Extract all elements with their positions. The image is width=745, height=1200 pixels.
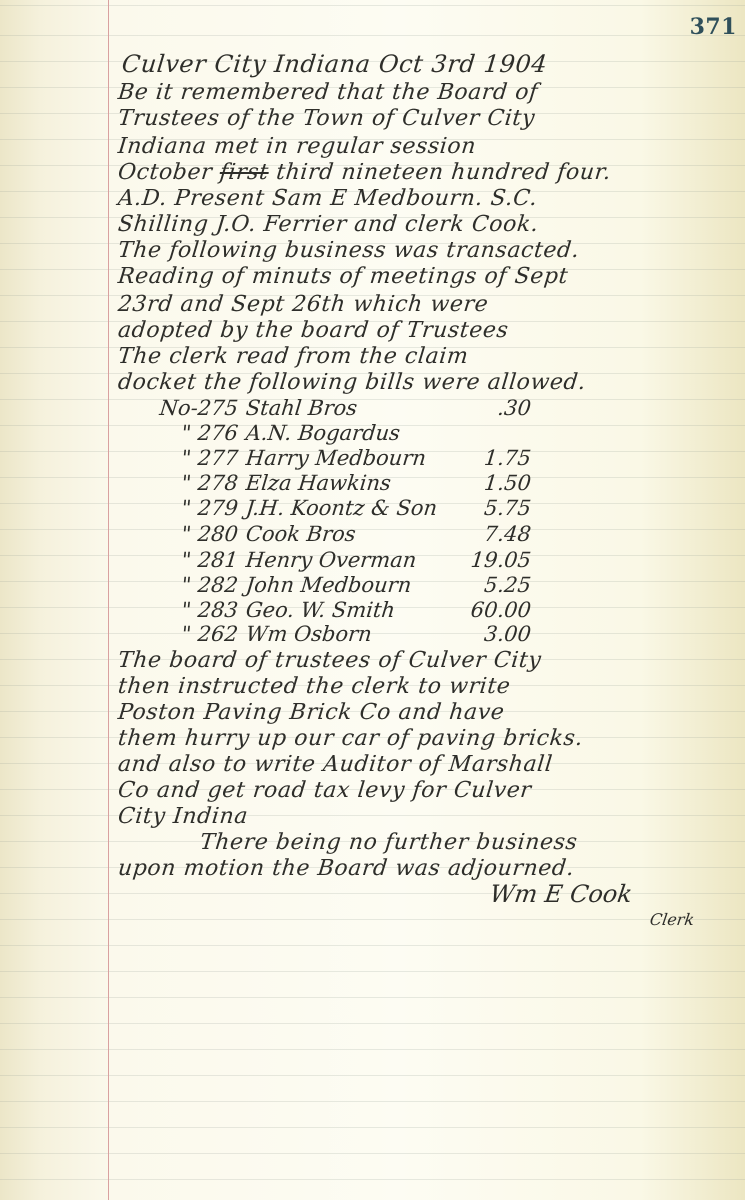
bill-payee: Geo. W. Smith — [245, 598, 463, 622]
minutes-line: docket the following bills were allowed. — [117, 370, 588, 395]
bill-amount: 1.75 — [460, 446, 533, 470]
bill-payee: Cook Bros — [245, 522, 463, 546]
bill-amount: 19.05 — [460, 548, 533, 572]
closing-line: Co and get road tax levy for Culver — [117, 778, 533, 803]
bill-row: " 276A.N. Bogardus — [117, 421, 533, 445]
bill-payee: John Medbourn — [245, 573, 463, 597]
closing-line: City Indina — [117, 804, 250, 829]
bill-row: " 279J.H. Koontz & Son5.75 — [117, 496, 533, 520]
closing-line: then instructed the clerk to write — [117, 674, 512, 699]
minutes-line: 23rd and Sept 26th which were — [117, 292, 490, 317]
bill-row: No-275Stahl Bros.30 — [117, 396, 533, 420]
minutes-line: Reading of minuts of meetings of Sept — [117, 264, 570, 289]
bill-amount: 7.48 — [460, 522, 533, 546]
minutes-line-start: October — [117, 160, 214, 185]
minutes-line: adopted by the board of Trustees — [117, 318, 510, 343]
bill-amount: 5.75 — [460, 496, 533, 520]
minutes-line: Trustees of the Town of Culver City — [117, 106, 537, 131]
bill-row: " 282John Medbourn5.25 — [117, 573, 533, 597]
minutes-heading: Culver City Indiana Oct 3rd 1904 — [121, 50, 549, 78]
bill-number: " 262 — [117, 622, 248, 646]
bill-number: " 277 — [117, 446, 248, 470]
closing-line: and also to write Auditor of Marshall — [117, 752, 554, 777]
bill-payee: Elza Hawkins — [245, 471, 463, 495]
bill-row: " 277Harry Medbourn1.75 — [117, 446, 533, 470]
minutes-line: The clerk read from the claim — [117, 344, 470, 369]
bill-number: " 280 — [117, 522, 248, 546]
adjournment-line: There being no further business — [199, 830, 579, 855]
closing-line: them hurry up our car of paving bricks. — [117, 726, 585, 751]
bill-number: No-275 — [117, 396, 248, 420]
bill-number: " 279 — [117, 496, 248, 520]
minutes-line-rest: third nineteen hundred four. — [275, 160, 612, 185]
adjournment-line: upon motion the Board was adjourned. — [117, 856, 576, 881]
closing-line: Poston Paving Brick Co and have — [117, 700, 506, 725]
closing-line: The board of trustees of Culver City — [117, 648, 543, 673]
clerk-title: Clerk — [649, 910, 696, 929]
bill-amount: 1.50 — [460, 471, 533, 495]
clerk-signature: Wm E Cook — [488, 880, 634, 908]
minutes-line: Be it remembered that the Board of — [117, 80, 540, 105]
bill-number: " 278 — [117, 471, 248, 495]
bill-amount: .30 — [460, 396, 533, 420]
bill-amount: 3.00 — [460, 622, 533, 646]
bill-row: " 278Elza Hawkins1.50 — [117, 471, 533, 495]
bill-row: " 280Cook Bros7.48 — [117, 522, 533, 546]
bill-amount: 60.00 — [460, 598, 533, 622]
bill-payee: Wm Osborn — [245, 622, 463, 646]
bill-payee: Harry Medbourn — [245, 446, 463, 470]
bill-row: " 281Henry Overman19.05 — [117, 548, 533, 572]
minutes-line: Shilling J.O. Ferrier and clerk Cook. — [117, 212, 540, 237]
bill-number: " 281 — [117, 548, 248, 572]
page-number: 371 — [690, 14, 737, 40]
minutes-line: The following business was transacted. — [117, 238, 581, 263]
bill-payee: Stahl Bros — [245, 396, 463, 420]
bill-number: " 283 — [117, 598, 248, 622]
bill-payee: J.H. Koontz & Son — [245, 496, 463, 520]
bill-row: " 283Geo. W. Smith60.00 — [117, 598, 533, 622]
bill-number: " 276 — [117, 421, 248, 445]
bill-payee: Henry Overman — [245, 548, 463, 572]
bill-number: " 282 — [117, 573, 248, 597]
minutes-line: October first third nineteen hundred fou… — [117, 160, 613, 185]
bill-amount: 5.25 — [460, 573, 533, 597]
bill-row: " 262Wm Osborn3.00 — [117, 622, 533, 646]
margin-line — [108, 0, 109, 1200]
minutes-line: Indiana met in regular session — [117, 134, 478, 159]
struck-word: first — [219, 160, 270, 185]
bill-payee: A.N. Bogardus — [245, 421, 463, 445]
minutes-line: A.D. Present Sam E Medbourn. S.C. — [117, 186, 539, 211]
